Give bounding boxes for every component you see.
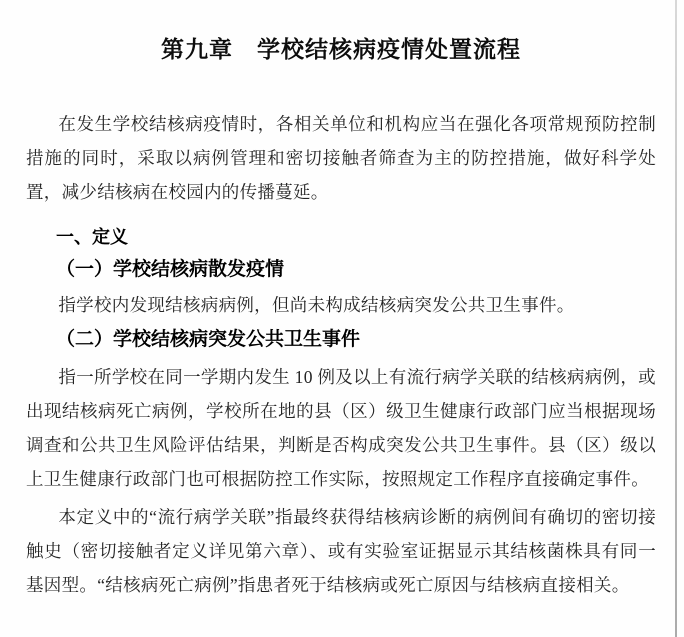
- public-health-emergency-definition: 指一所学校在同一学期内发生 10 例及以上有流行病学关联的结核病病例，或出现结核…: [26, 360, 656, 496]
- page-edge-scan-line: [675, 0, 677, 637]
- subsection-heading-public-health-emergency: （二）学校结核病突发公共卫生事件: [56, 324, 656, 356]
- section-heading-definitions: 一、定义: [56, 222, 656, 252]
- epidemiological-link-explanation: 本定义中的“流行病学关联”指最终获得结核病诊断的病例间有确切的密切接触史（密切接…: [26, 500, 656, 602]
- sporadic-epidemic-definition: 指学校内发现结核病病例，但尚未构成结核病突发公共卫生事件。: [26, 288, 656, 322]
- subsection-heading-sporadic-epidemic: （一）学校结核病散发疫情: [56, 254, 656, 286]
- document-content: 第九章 学校结核病疫情处置流程 在发生学校结核病疫情时，各相关单位和机构应当在强…: [26, 0, 656, 602]
- intro-paragraph: 在发生学校结核病疫情时，各相关单位和机构应当在强化各项常规预防控制措施的同时，采…: [26, 107, 656, 209]
- document-page: 第九章 学校结核病疫情处置流程 在发生学校结核病疫情时，各相关单位和机构应当在强…: [0, 0, 684, 637]
- chapter-title: 第九章 学校结核病疫情处置流程: [26, 35, 656, 63]
